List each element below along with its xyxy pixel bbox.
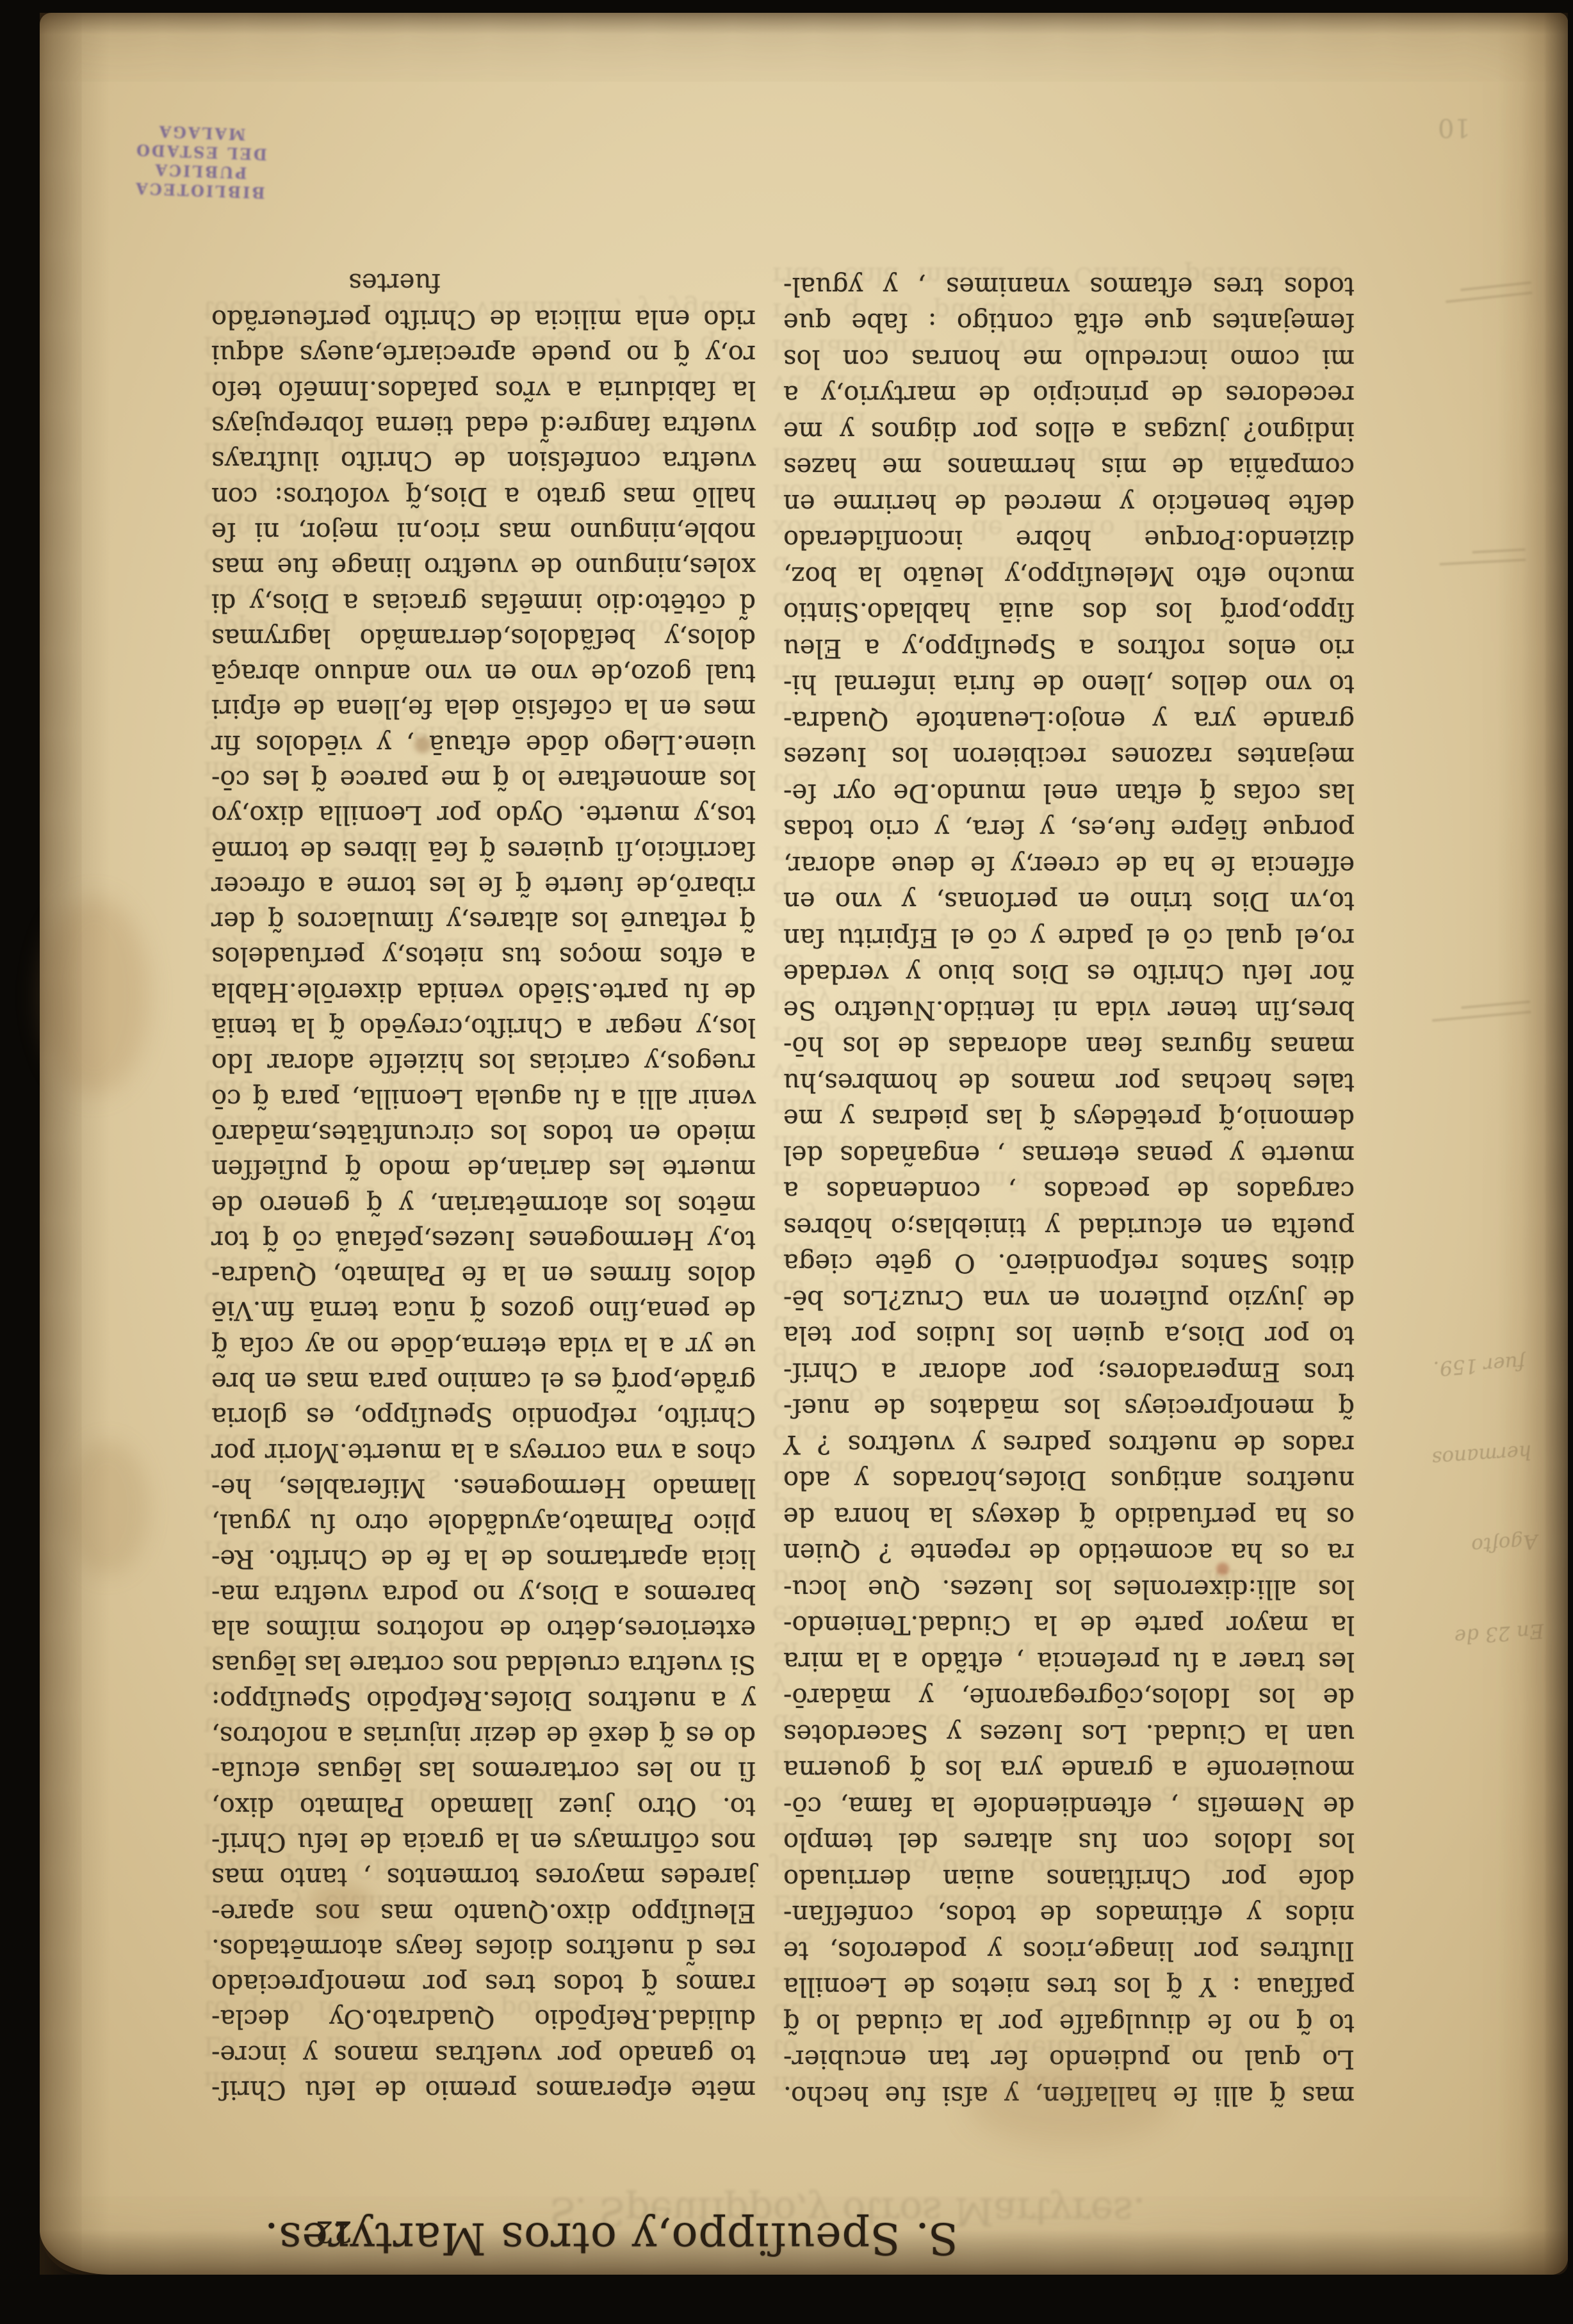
text-line: do es q̃ dexē de dezir injurias a noſotr… xyxy=(211,1718,756,1753)
text-line: plico Palmato,ayudãdole otro ſu ygual, xyxy=(211,1505,756,1540)
text-line: xoles,ninguno de vueſtro linage fue mas xyxy=(211,549,756,584)
text-line: nidos y eſtimados de todos, confeſſan- xyxy=(783,1896,1355,1933)
text-line: vueſtra confeſsion de Chriſto iluſtrays xyxy=(211,443,756,478)
text-line: res d̃ nueſtros dioſes ſeays atormētados… xyxy=(211,1930,756,1965)
text-line: ſippo,porq̃ los dos auiā hablado.Sintio xyxy=(783,594,1355,630)
text-line: deſte beneficio y merced de herirme en xyxy=(783,485,1355,522)
rotated-page-content: S. Speuſippo,y otros Martyres. S. Speuſi… xyxy=(40,13,1568,2275)
text-line: tos,y muerte. Oydo por Leonilla dixo,yo xyxy=(211,797,756,832)
text-line: os ha perſuadido q̃ dexeys la honra de xyxy=(783,1499,1355,1535)
text-line: de pena,ſino gozos q̃ nūca ternā fin.Viē xyxy=(211,1292,756,1328)
text-line: ra os ha acometido de repente ? Quien xyxy=(783,1534,1355,1571)
text-line: ribarō,de ſuerte q̃ ſe les torne a ofrec… xyxy=(211,868,756,903)
text-line: hermanos xyxy=(1429,1407,1535,1504)
text-line: de Nemeſis , eſtendiendoſe la fama, cō- xyxy=(783,1788,1355,1824)
text-line: Chriſto, reſpondio Speuſippo, es gloria xyxy=(211,1399,756,1434)
text-line: diziendo:Porque hōbre inconſiderado xyxy=(783,521,1355,558)
text-line: llamado Hermogenes. Miſerables, he- xyxy=(211,1470,756,1505)
text-line: mes en la cōfeſsiō dela fe,llena de eſpi… xyxy=(211,690,756,726)
text-line: y a nueſtros Dioſes.Reſpōdio Speuſippo: xyxy=(211,1682,756,1717)
text-line: fuer 159. xyxy=(1422,1317,1528,1414)
text-line: venir alli a ſu aguela Leonilla, para q̃… xyxy=(211,1080,756,1115)
text-line: ruegos,y caricias los hizieſſe adorar Id… xyxy=(211,1044,756,1080)
text-line: ro,el qual cō el padre y cō el Eſpiritu … xyxy=(783,920,1355,956)
text-line: mas q̃ alli ſe hallaſſen, y aſsi fue hec… xyxy=(783,2077,1355,2114)
text-line: a eſtos moços tus nietos,y perſuadelos xyxy=(211,938,756,973)
catchword: fuertes xyxy=(348,268,441,297)
text-line: exteriores,dētro de noſotros miſmos ala xyxy=(211,1611,756,1646)
text-line: grãde,porq̃ es el camino para mas en bre xyxy=(211,1363,756,1399)
text-line: porque ſiēpre fue,es, y ſera, y crio tod… xyxy=(783,811,1355,847)
text-line: ſemejantes que eſtã contigo : ſabe que xyxy=(783,304,1355,341)
text-line: les traer a ſu preſencia , eſtãdo a la m… xyxy=(783,1643,1355,1680)
text-line: tros Emperadores; por adorar a Chriſ- xyxy=(783,1354,1355,1390)
text-line: ſacrificio,ſi quieres q̃ ſeā libres de t… xyxy=(211,832,756,867)
text-line: demonio,q̃ pretēdeys q̃ las piedras y me xyxy=(783,1100,1355,1137)
text-line: muerte les darian,de modo q̃ puſieſſen xyxy=(211,1151,756,1186)
text-line: Lo qual no pudiendo ſer tan encubier- xyxy=(783,2041,1355,2077)
library-stamp: BIBLIOTECAPUBLICADEL ESTADOMALAGA xyxy=(132,120,269,202)
text-line: jaredes mayores tormentos , tanto mas xyxy=(211,1859,756,1894)
text-line: mētos los atormētarian, y q̃ genero de xyxy=(211,1186,756,1221)
text-line: ditos Santos reſpondierō. O gēte ciega xyxy=(783,1245,1355,1281)
text-line: chos a vna correys a la muerte.Morir por xyxy=(211,1434,756,1469)
text-line: mejantes razones recibieron los Iuezes xyxy=(783,738,1355,775)
text-line: Eleuſippo dixo.Quanto mas nos apare- xyxy=(211,1894,756,1930)
text-line: miedo en todos los circunſtātes,mādarō xyxy=(211,1116,756,1151)
text-line: los,y negar a Chriſto,creyēdo q̃ la teni… xyxy=(211,1009,756,1044)
text-line: tual gozo,de vno en vno anduuo abraçā xyxy=(211,655,756,690)
text-line: mouieronſe a grande yra los q̃ gouerna xyxy=(783,1751,1355,1788)
text-line: mi como incredulo me honras con los xyxy=(783,341,1355,377)
handwritten-marginalia: En 23 deAgoſtohermanosfuer 159. xyxy=(1422,1317,1547,1682)
text-line: ue yr a la vida eterna,dōde no ay coſa q… xyxy=(211,1328,756,1363)
text-line: la ſabiduria a vr̃os paſados.Inmēſo teſo xyxy=(211,371,756,407)
text-line: d̃ cōtēto:dio inmēſas gracias a Dios,y d… xyxy=(211,584,756,619)
text-line: ramos q̃ todos tres por menoſpreciado xyxy=(211,1965,756,2001)
text-line: muerte y penas eternas , engañados del xyxy=(783,1137,1355,1173)
text-line: ñor Ieſu Chriſto es Dios biuo y verdade xyxy=(783,955,1355,992)
margin-scribble xyxy=(1429,540,1526,574)
text-line: los alli:dixeronles los Iuezes. Que locu… xyxy=(783,1571,1355,1607)
text-line: paſſaua : Y q̃ los tres nietos de Leonil… xyxy=(783,1969,1355,2005)
margin-scribble xyxy=(1414,993,1531,1031)
text-line: to q̃ no ſe diuulgaſſe por la ciudad lo … xyxy=(783,2005,1355,2042)
text-line: licia apartarnos de la fe de Chriſto. Re… xyxy=(211,1540,756,1575)
text-line: indigno? juzgas a ellos por dignos y me xyxy=(783,413,1355,450)
text-line: recedores de principio de martyrio,y a xyxy=(783,377,1355,413)
text-line: grande yra y enojo:Leuantoſe Quadra- xyxy=(783,703,1355,739)
text-line: q̃ menoſprecieys los mādatos de nueſ- xyxy=(783,1390,1355,1426)
text-line: eſſencia ſe ha de creer,y ſe deue adorar… xyxy=(783,847,1355,884)
text-column-right: mēte eſperamos premio de Ieſu Chriſ-to g… xyxy=(211,301,756,2107)
text-line: la mayor parte de la Ciudad.Teniendo- xyxy=(783,1607,1355,1643)
text-line: En 23 de xyxy=(1441,1586,1547,1682)
text-line: nos cōfirmays en la gracia de Ieſu Chriſ… xyxy=(211,1824,756,1859)
text-line: to por Dios,a quien los Iudios por tela xyxy=(783,1317,1355,1354)
text-line: dulidad.Reſpōdio Quadrato.Oy decla- xyxy=(211,2001,756,2036)
text-line: to,y Hermogenes Iuezes,pēſauã cō q̃ tor xyxy=(211,1222,756,1257)
text-line: Si vueſtra crueldad nos cortare las lēgu… xyxy=(211,1646,756,1682)
text-line: pueſta en eſcuridad y tinieblas;o hōbres xyxy=(783,1209,1355,1246)
text-line: bres,ſin tener vida ni ſentido.Nueſtro S… xyxy=(783,992,1355,1028)
text-line: vueſtra ſangre:d̃ edad tierna ſobrepujay… xyxy=(211,407,756,443)
text-line: ro,y q̃ no puede apreciarſe,aueys adqui xyxy=(211,336,756,371)
text-line: to. Otro juez llamado Palmato dixo, xyxy=(211,1788,756,1823)
text-line: dolos firmes en la fe Palmato, Quadra- xyxy=(211,1257,756,1292)
text-line: mucho eſto Meleuſippo,y leuāto la boz, xyxy=(783,558,1355,594)
running-title: S. Speuſippo,y otros Martyres. xyxy=(264,2213,958,2263)
text-line: nueſtros antiguos Dioſes,hōrados y ado xyxy=(783,1462,1355,1499)
text-line: rio enlos roſtros a Speuſippo,y a Eleu xyxy=(783,630,1355,667)
text-line: to ganado por vueſtras manos y incre- xyxy=(211,2036,756,2071)
bleedthrough-folio-number: 10 xyxy=(1438,113,1471,142)
text-line: mēte eſperamos premio de Ieſu Chriſ- xyxy=(211,2072,756,2107)
text-line: manas figuras ſean adoradas de los hō- xyxy=(783,1028,1355,1064)
book-page: S. Speuſippo,y otros Martyres. S. Speuſi… xyxy=(40,13,1568,2275)
text-line: uan la Ciudad. Los Iuezes y Sacerdotes xyxy=(783,1716,1355,1752)
text-line: de juyzio puſieron en vna Cruz?Los bē- xyxy=(783,1281,1355,1318)
margin-scribble xyxy=(1422,273,1533,313)
folio-number: 22 xyxy=(314,2214,352,2249)
text-line: uiene.Llego dōde eſtauā , y viēdolos fir xyxy=(211,726,756,761)
text-line: los Idolos con ſus altares del templo xyxy=(783,1824,1355,1860)
text-line: BIBLIOTECA xyxy=(132,178,267,202)
text-line: rados de nueſtros padres y vueſtros ? Y xyxy=(783,1426,1355,1463)
text-line: ſi no les cortaremos las lēguas eſcuſa- xyxy=(211,1753,756,1788)
text-line: todos tres eſtamos vnanimes , y ygual- xyxy=(783,268,1355,305)
scan-canvas: S. Speuſippo,y otros Martyres. S. Speuſi… xyxy=(0,0,1573,2324)
text-line: los amoneſtare lo q̃ me parece q̃ les cō… xyxy=(211,761,756,797)
text-line: compañia de mis hermanos me hazes xyxy=(783,449,1355,485)
text-line: noble,ninguno mas rico,ni mejor, ni ſe xyxy=(211,514,756,549)
text-line: cargados de pecados , condenados a xyxy=(783,1173,1355,1209)
text-line: hallō mas grato a Dios,q̃ voſotros: con xyxy=(211,478,756,513)
text-line: to vno dellos ,lleno de furia infernal h… xyxy=(783,666,1355,703)
text-line: baremos a Dios,y no podra vueſtra ma- xyxy=(211,1576,756,1611)
text-line: Agoſto xyxy=(1435,1497,1541,1593)
text-line: de los Idolos,cōgregaronſe, y mādarō- xyxy=(783,1679,1355,1716)
text-line: rido enla milicia de Chriſto perſeuerãdo xyxy=(211,301,756,336)
text-column-left: mas q̃ alli ſe hallaſſen, y aſsi fue hec… xyxy=(783,268,1355,2114)
text-line: to,vn Dios trino en perſonas, y vno en xyxy=(783,883,1355,920)
text-line: las coſas q̃ eſtan enel mundo.De oyr ſe- xyxy=(783,775,1355,811)
text-line: de ſu parte.Siēdo venida dixerōle.Habla xyxy=(211,974,756,1009)
text-line: tales hechas por manos de hombres,hu xyxy=(783,1064,1355,1101)
text-line: doſe por Chriſtianos auian derriuado xyxy=(783,1860,1355,1897)
text-line: Iluſtres por linage,ricos y poderoſos, t… xyxy=(783,1933,1355,1969)
text-line: dolos,y beſãdolos,derramãdo lagrymas xyxy=(211,620,756,655)
text-line: q̃ reſtaurē los altares,y ſimulacros q̃ … xyxy=(211,903,756,938)
